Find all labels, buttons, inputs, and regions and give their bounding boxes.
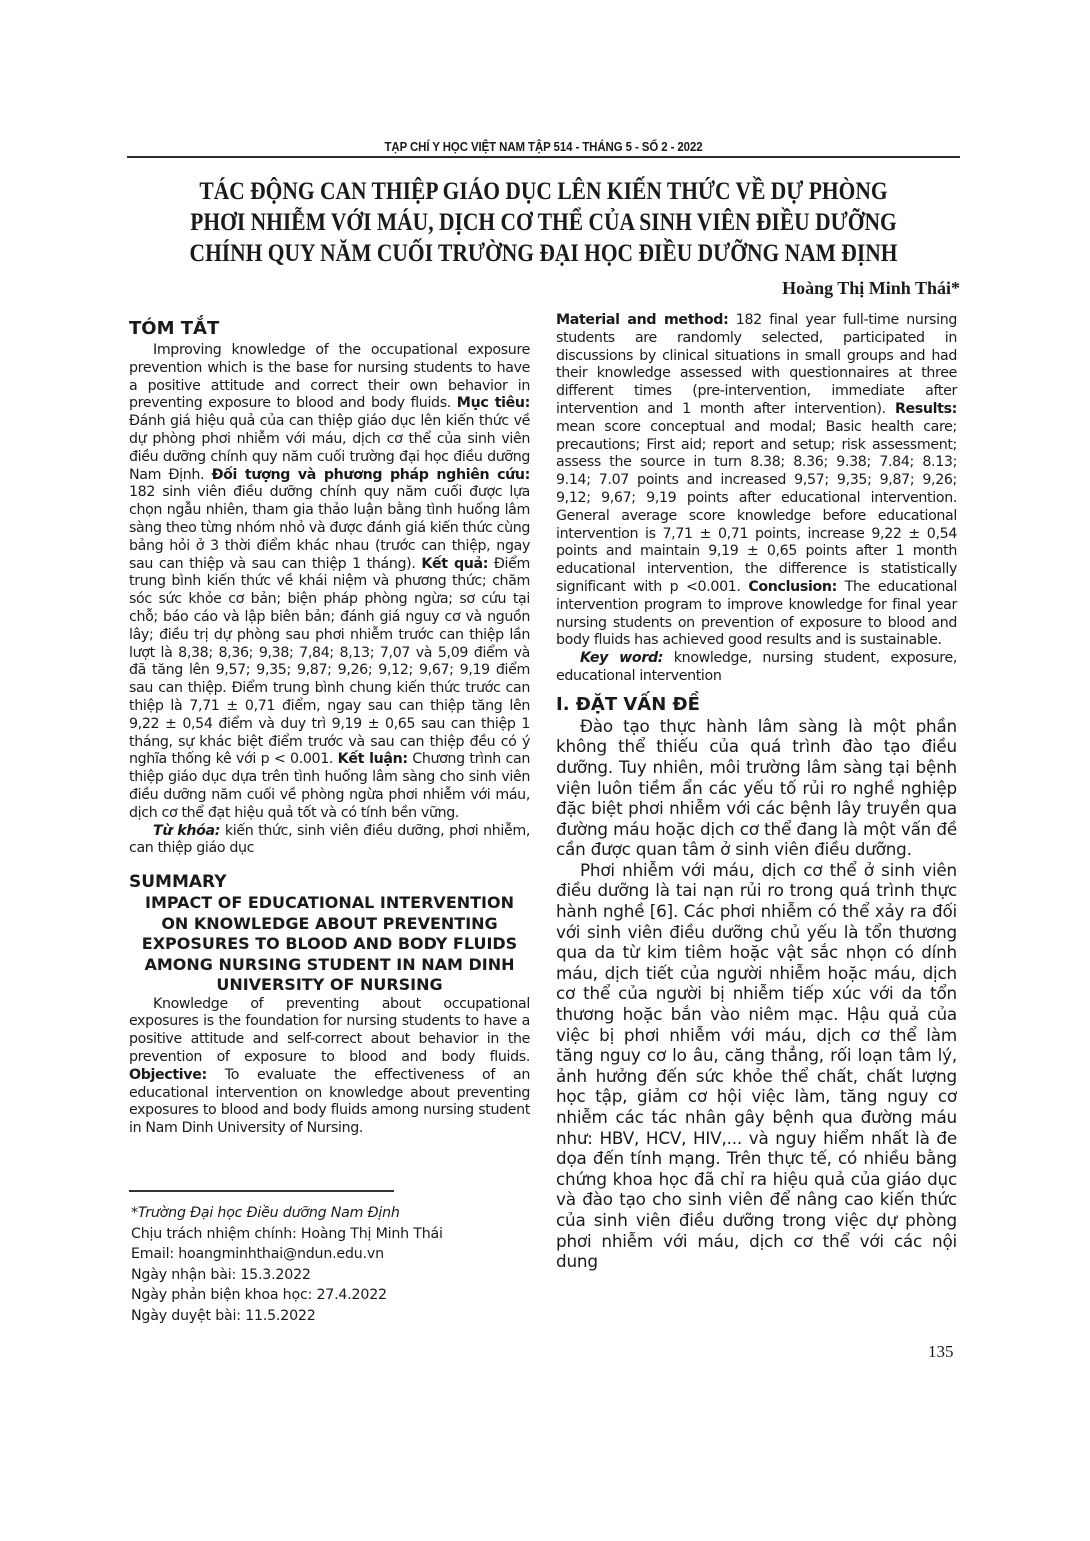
article-title: TÁC ĐỘNG CAN THIỆP GIÁO DỤC LÊN KIẾN THỨ… — [185, 176, 901, 269]
label-method-en: Material and method: — [556, 312, 728, 328]
abstract-en-body-start: Knowledge of preventing about occupation… — [129, 996, 530, 1138]
footnote-affiliation: *Trường Đại học Điều dưỡng Nam Định — [131, 1203, 443, 1224]
footnotes: *Trường Đại học Điều dưỡng Nam Định Chịu… — [131, 1203, 443, 1326]
label-objective-en: Objective: — [129, 1067, 207, 1083]
footnote-responsible: Chịu trách nhiệm chính: Hoàng Thị Minh T… — [131, 1224, 443, 1245]
running-head: TẠP CHÍ Y HỌC VIỆT NAM TẬP 514 - THÁNG 5… — [177, 139, 910, 154]
abstract-vi-body: Improving knowledge of the occupational … — [129, 342, 530, 823]
results-en-text: mean score conceptual and modal; Basic h… — [556, 419, 957, 595]
footnote-approval-date: Ngày duyệt bài: 11.5.2022 — [131, 1306, 443, 1327]
label-keywords-vi: Từ khóa: — [153, 823, 220, 839]
label-results-en: Results: — [895, 401, 957, 417]
label-conclusion-en: Conclusion: — [748, 579, 837, 595]
intro-paragraph: Đào tạo thực hành lâm sàng là một phần k… — [556, 716, 957, 860]
summary-heading: SUMMARY — [129, 872, 530, 893]
intro-paragraph: Phơi nhiễm với máu, dịch cơ thể ở sinh v… — [556, 860, 957, 1272]
journal-page: TẠP CHÍ Y HỌC VIỆT NAM TẬP 514 - THÁNG 5… — [0, 0, 1090, 1541]
summary-title: IMPACT OF EDUCATIONAL INTERVENTION ON KN… — [129, 893, 530, 996]
footnote-divider — [129, 1190, 394, 1192]
right-column: Material and method: 182 final year full… — [556, 312, 957, 1272]
title-line: PHƠI NHIỄM VỚI MÁU, DỊCH CƠ THỂ CỦA SINH… — [185, 207, 901, 238]
label-keywords-en: Key word: — [580, 650, 663, 666]
label-conclusion-vi: Kết luận: — [338, 751, 408, 767]
footnote-email: Email: hoangminhthai@ndun.edu.vn — [131, 1244, 443, 1265]
keywords-vi: Từ khóa: kiến thức, sinh viên điều dưỡng… — [129, 823, 530, 859]
footnote-review-date: Ngày phản biện khoa học: 27.4.2022 — [131, 1285, 443, 1306]
results-vi-text: Điểm trung bình kiến thức về khái niệm v… — [129, 556, 530, 768]
section-heading-introduction: I. ĐẶT VẤN ĐỀ — [556, 694, 957, 716]
title-line: CHÍNH QUY NĂM CUỐI TRƯỜNG ĐẠI HỌC ĐIỀU D… — [185, 238, 901, 269]
keywords-en: Key word: knowledge, nursing student, ex… — [556, 650, 957, 686]
left-column: TÓM TẮT Improving knowledge of the occup… — [129, 318, 530, 1138]
abstract-vi-heading: TÓM TẮT — [129, 318, 530, 340]
footnote-received-date: Ngày nhận bài: 15.3.2022 — [131, 1265, 443, 1286]
author-name: Hoàng Thị Minh Thái* — [782, 278, 960, 299]
page-number: 135 — [928, 1342, 954, 1362]
abstract-en-body-cont: Material and method: 182 final year full… — [556, 312, 957, 650]
label-results-vi: Kết quả: — [421, 556, 488, 572]
header-divider — [127, 156, 960, 158]
abstract-en-intro: Knowledge of preventing about occupation… — [129, 996, 530, 1065]
label-method-vi: Đối tượng và phương pháp nghiên cứu: — [212, 467, 530, 483]
label-objective-vi: Mục tiêu: — [457, 395, 530, 411]
title-line: TÁC ĐỘNG CAN THIỆP GIÁO DỤC LÊN KIẾN THỨ… — [185, 176, 901, 207]
